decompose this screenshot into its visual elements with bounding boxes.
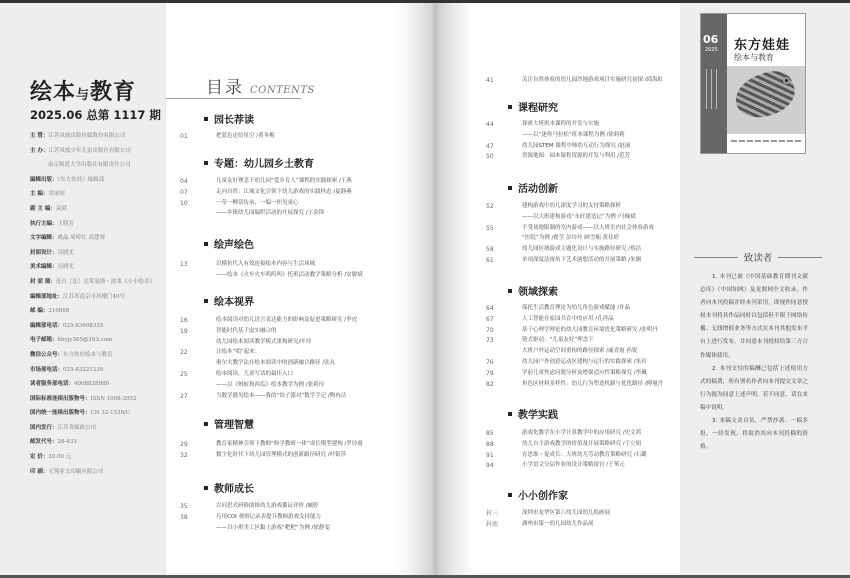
credit-row: 编辑部地址：江苏省南京市高楼门40号 bbox=[30, 290, 165, 305]
credit-row: 文字编辑：姚晶 周桥红 高慧琴 bbox=[30, 231, 165, 246]
credit-row: 封 面 图：选自［法］克莱曼斯・波莱《小小绘奇》 bbox=[30, 275, 165, 290]
page-number: 91 bbox=[486, 450, 510, 461]
bullet-square-icon bbox=[508, 105, 512, 109]
section-title: 小小创作家 bbox=[518, 487, 568, 502]
credit-label: 电子邮箱： bbox=[30, 337, 58, 343]
credit-value: 江苏省邮政公司 bbox=[58, 425, 97, 431]
credit-row: 封面设计：吴晓光 bbox=[30, 246, 165, 261]
credit-label: 印 刷： bbox=[30, 469, 48, 475]
entry-title: 学前儿童焦虑问题分析及增强适应性策略探究 /李珮 bbox=[522, 368, 647, 379]
toc-section-heading: 小小创作家 bbox=[508, 487, 568, 502]
toc-divider bbox=[166, 98, 301, 99]
page-number: 32 bbox=[180, 450, 204, 461]
bullet-square-icon bbox=[204, 486, 208, 490]
credit-value: 江苏凤凰出版传媒股份有限公司 bbox=[48, 133, 125, 139]
entry-title: 育思维・促成长：大班幼儿劳动教育策略研究 /石璐 bbox=[522, 450, 647, 461]
notice-paragraph: 1. 本刊已被《中国基础教育期刊文献总库》（中国知网）及龙源网全文收录。作者向本… bbox=[700, 271, 808, 363]
entry-title: ——以《蚂蚁和西瓜》绘本教学为例 /张莉玲 bbox=[216, 380, 324, 391]
entry-title: 以模仿代入有效连接绘本内容与生活场域 bbox=[216, 259, 315, 270]
entry-title: 以问思式研修助推幼儿游戏循证评价 /臧婷 bbox=[216, 501, 319, 512]
page-number: 76 bbox=[486, 357, 510, 368]
section-title: 教师成长 bbox=[214, 480, 254, 495]
credit-value: 东方娃娃绘本与教育 bbox=[63, 352, 113, 358]
credit-value: 江苏凤凰少年儿童出版社有限公司 bbox=[48, 148, 131, 154]
entry-title: ——绘本《火车火车呜呜叫》托班活动教学策略分析 /安敏斌 bbox=[216, 270, 363, 281]
credit-label: 邮发代号： bbox=[30, 439, 58, 445]
section-title: 园长荐读 bbox=[214, 111, 254, 126]
entry-title: 幼儿园STEM 课程中师幼互动行为探究 /赵丽 bbox=[522, 141, 630, 152]
entry-title: 角色区材料多样性：幼儿行为塑造机制与优化路径 /傅旭丹 bbox=[522, 379, 663, 390]
to-reader-notice: 1. 本刊已被《中国基础教育期刊文献总库》（中国知网）及龙源网全文收录。作者向本… bbox=[700, 271, 808, 454]
toc-left-page: 目录 CONTENTS 园长荐读01把蓝色还给星空 /黄冬梅专题：幼儿园乡土教育… bbox=[166, 3, 406, 575]
credit-value: 吴晓光 bbox=[58, 264, 75, 270]
toc-section-heading: 专题：幼儿园乡土教育 bbox=[204, 155, 314, 170]
credit-row: 定 价：20.00 元 bbox=[30, 450, 165, 465]
credit-row: 微信公众号：东方娃娃绘本与教育 bbox=[30, 348, 165, 363]
page-number: 58 bbox=[486, 244, 510, 255]
page-number: 73 bbox=[486, 335, 510, 346]
entry-title: 单项深度法视角下艺术创想活动的开展策略 /朱炯 bbox=[522, 255, 641, 266]
entry-title: 智能时代基于虚实融合的 bbox=[216, 326, 277, 337]
title-part: 教育 bbox=[90, 80, 136, 105]
entry-title: 巧用COI 观察记录表提升教师游戏支持能力 bbox=[216, 512, 321, 523]
fish-eye-icon bbox=[783, 77, 790, 84]
entry-title: ——以大班建构游戏“永旺建造记”为例 /马佩斌 bbox=[522, 212, 636, 223]
toc-right-page: 41关注自然体验的幼儿园沙地游戏项目实施研究初探 /邱海虹课程研究44探索大班班… bbox=[470, 3, 690, 575]
entry-title: 保托生活教育理论为幼儿角色游戏赋能 /许晶 bbox=[522, 303, 630, 314]
entry-title: ——以“迷你马拉松”班本课程为例 /徐莉莉 bbox=[522, 130, 625, 141]
credit-value: ISSN 1008-3952 bbox=[91, 396, 137, 402]
page-number: 13 bbox=[180, 259, 204, 270]
entry-title: 儿童友好理念下幼儿园“爱乡育人”课程的实践探索 /王燕 bbox=[216, 176, 352, 187]
credit-value: 28-433 bbox=[58, 439, 77, 445]
cover-year: 2025 bbox=[705, 47, 718, 53]
divider-line bbox=[694, 257, 738, 258]
bullet-square-icon bbox=[204, 161, 208, 165]
credit-label: 定 价： bbox=[30, 454, 48, 460]
toc-section-heading: 管理智慧 bbox=[204, 416, 254, 431]
credit-value: hbyjy365@163.com bbox=[58, 337, 113, 343]
credit-row: 国内统一连续出版物号：CN 32-1526/C bbox=[30, 406, 165, 421]
credit-label: 市场部电话： bbox=[30, 367, 63, 373]
cover-footer-text bbox=[731, 140, 801, 142]
cover-brand: 东方娃娃 bbox=[734, 34, 790, 53]
entry-title: “医院”为例 /翟莹 彭玲玲 顾雪娴 黄佳婷 bbox=[522, 233, 619, 244]
page-number: 47 bbox=[486, 141, 510, 152]
page-number: 27 bbox=[180, 391, 204, 402]
section-title: 绘声绘色 bbox=[214, 236, 254, 251]
toc-section-heading: 园长荐读 bbox=[204, 111, 254, 126]
credit-label: 国际标准连续出版物号： bbox=[30, 396, 91, 402]
credit-label: 执行主编： bbox=[30, 221, 58, 227]
page-number: 29 bbox=[180, 439, 204, 450]
credit-value: 江苏省南京市高楼门40号 bbox=[63, 294, 125, 300]
credit-row: 执行主编：王晓芳 bbox=[30, 217, 165, 232]
credit-label: 编辑出版： bbox=[30, 177, 58, 183]
credit-label: 国内发行： bbox=[30, 425, 58, 431]
page-number: 01 bbox=[180, 131, 204, 142]
entry-title: 资源地图：园本课程资源的开发与利用 /范芳 bbox=[522, 151, 630, 162]
page-number: 50 bbox=[486, 151, 510, 162]
credit-label: 编辑部电话： bbox=[30, 323, 63, 329]
credit-value: 025-83608335 bbox=[63, 323, 103, 329]
issue-number: 2025.06 总第 1117 期 bbox=[30, 107, 161, 123]
toc-section-heading: 课程研究 bbox=[508, 99, 558, 114]
page-number: 07 bbox=[180, 187, 204, 198]
credit-label: 微信公众号： bbox=[30, 352, 63, 358]
page-number: 79 bbox=[486, 368, 510, 379]
credit-label: 封面设计： bbox=[30, 250, 58, 256]
credit-label: 读者服务部电话： bbox=[30, 381, 74, 387]
page-number: 61 bbox=[486, 255, 510, 266]
credit-value: 《东方娃娃》编辑部 bbox=[58, 177, 105, 183]
credit-row: 美术编辑：吴晓光 bbox=[30, 260, 165, 275]
entry-title: 把蓝色还给星空 /黄冬梅 bbox=[216, 131, 275, 142]
credit-row: 副 主 编：袁斌 bbox=[30, 202, 165, 217]
cover-thumbnail[interactable]: 06 2025 东方娃娃 绘本与教育 bbox=[700, 13, 806, 154]
credit-value: 无锡业文印刷有限公司 bbox=[48, 469, 103, 475]
bullet-square-icon bbox=[204, 299, 208, 303]
credit-row: 邮发代号：28-433 bbox=[30, 435, 165, 450]
credit-row: 编辑出版：《东方娃娃》编辑部 bbox=[30, 173, 165, 188]
entry-title: 不受场地限制的室内游戏——以大班室内社会体验游戏 bbox=[522, 223, 654, 234]
magazine-title: 绘本与教育 bbox=[30, 75, 136, 106]
entry-title: 人工智能在家园共育中的应用 /孔祥晶 bbox=[522, 314, 614, 325]
entry-title: 小学语文分层作业的设计策略探讨 /王華元 bbox=[522, 460, 625, 471]
bullet-square-icon bbox=[508, 289, 512, 293]
bullet-square-icon bbox=[508, 412, 512, 416]
credit-label: 主 办： bbox=[30, 148, 48, 154]
credit-value: 210008 bbox=[48, 308, 69, 314]
bullet-square-icon bbox=[204, 422, 208, 426]
credit-row: 主 编：余丽琼 bbox=[30, 187, 165, 202]
page-number: 85 bbox=[486, 428, 510, 439]
bullet-square-icon bbox=[204, 242, 208, 246]
credit-value: 袁斌 bbox=[56, 206, 67, 212]
credit-row: 印 刷：无锡业文印刷有限公司 bbox=[30, 465, 165, 480]
toc-header: 目录 CONTENTS bbox=[206, 73, 315, 98]
credit-row: 读者服务部电话：4008828980 bbox=[30, 377, 165, 392]
entry-title: 绘本阅读，儿童写话的最佳入口 bbox=[216, 369, 293, 380]
divider-line bbox=[778, 257, 822, 258]
credit-value: CN 32-1526/C bbox=[91, 410, 131, 416]
page-number: 22 bbox=[180, 347, 204, 358]
bullet-square-icon bbox=[508, 186, 512, 190]
credit-label: 国内统一连续出版物号： bbox=[30, 410, 91, 416]
page-number: 封三 bbox=[486, 508, 510, 519]
credit-value: 吴晓光 bbox=[58, 250, 75, 256]
entry-title: 幼儿园户外创意运动区建构与运行的实践探索 /朱玲 bbox=[522, 357, 647, 368]
page-number: 70 bbox=[486, 325, 510, 336]
title-connector: 与 bbox=[76, 88, 90, 103]
credit-row: 主 办：江苏凤凰少年儿童出版社有限公司 bbox=[30, 144, 165, 159]
page-number: 88 bbox=[486, 439, 510, 450]
entry-title: 幼儿自主游戏教学的价值及开展策略研究 /于立娟 bbox=[522, 439, 641, 450]
masthead-credits: 主 管：江苏凤凰出版传媒股份有限公司主 办：江苏凤凰少年儿童出版社有限公司南京师… bbox=[30, 129, 165, 479]
cover-band-lines bbox=[706, 69, 721, 109]
entry-title: 一草一柳话传承，一编一织见童心 bbox=[216, 198, 299, 209]
page-number: 封底 bbox=[486, 519, 510, 530]
section-title: 绘本视界 bbox=[214, 293, 254, 308]
bullet-square-icon bbox=[508, 493, 512, 497]
credit-label: 编辑部地址： bbox=[30, 294, 63, 300]
credit-label: 主 编： bbox=[30, 191, 48, 197]
credit-row: 国内发行：江苏省邮政公司 bbox=[30, 421, 165, 436]
entry-title: 数字化时代下幼儿园管理模式的创新路径研究 /叶银萍 bbox=[216, 450, 346, 461]
entry-title: 链式驱动：“儿童友好”理念下 bbox=[522, 335, 594, 346]
notice-paragraph: 3. 来稿文责自负，严禁抄袭、一稿多投，一经发现，将取消其向本刊投稿的资格。 bbox=[700, 415, 808, 454]
toc-section-heading: 绘本视界 bbox=[204, 293, 254, 308]
entry-title: ——以小班美工区黏土游戏“粑粑”为例 /徐静雯 bbox=[216, 523, 330, 534]
entry-title: 走向自然：江城文化引领下幼儿游戏的实践样态 /夏静燕 bbox=[216, 187, 352, 198]
credit-row: 编辑部电话：025-83608335 bbox=[30, 319, 165, 334]
page-number: 10 bbox=[180, 198, 204, 209]
credit-value: 4008828980 bbox=[74, 381, 109, 387]
page-number: 64 bbox=[486, 303, 510, 314]
entry-title: 探索大班班本课程的开发与实施 bbox=[522, 119, 599, 130]
cover-issue-number: 06 bbox=[703, 33, 718, 46]
credit-value: 20.00 元 bbox=[48, 454, 71, 460]
section-title: 课程研究 bbox=[518, 99, 558, 114]
credit-value: 余丽琼 bbox=[48, 191, 65, 197]
credit-value: 王晓芳 bbox=[58, 221, 75, 227]
credit-row: 邮 编：210008 bbox=[30, 304, 165, 319]
right-sidebar: 06 2025 东方娃娃 绘本与教育 致读者 1. 本刊已被《中国基础教育期刊文… bbox=[680, 3, 850, 575]
entry-title: 教育家精神引领下教师“修学教研一体”成长模型建构 /罗玲霞 bbox=[216, 439, 363, 450]
page-number: 38 bbox=[180, 512, 204, 523]
page-number: 55 bbox=[486, 223, 510, 234]
toc-title: 目录 bbox=[206, 73, 244, 98]
page-number: 25 bbox=[180, 369, 204, 380]
entry-title: 幼儿园绘本阅读教学模式重构研究/叶玲 bbox=[216, 337, 311, 348]
toc-title-en: CONTENTS bbox=[250, 85, 315, 96]
toc-section-heading: 教学实践 bbox=[508, 406, 558, 421]
to-reader-heading: 致读者 bbox=[694, 250, 822, 264]
entry-title: ——乡镇幼儿园编织活动的开展探究 /王金锋 bbox=[216, 208, 324, 219]
section-title: 管理智慧 bbox=[214, 416, 254, 431]
entry-title: 游戏化教学在小学计算教学中的应用研究 /史文茜 bbox=[522, 428, 641, 439]
toc-section-heading: 绘声绘色 bbox=[204, 236, 254, 251]
page-number: 67 bbox=[486, 314, 510, 325]
credit-value: 选自［法］克莱曼斯・波莱《小小绘奇》 bbox=[56, 279, 155, 285]
credit-label: 邮 编： bbox=[30, 308, 48, 314]
cover-spine-band: 06 2025 bbox=[701, 14, 727, 153]
page-number: 41 bbox=[486, 75, 510, 86]
page-number: 16 bbox=[180, 315, 204, 326]
credit-label: 美术编辑： bbox=[30, 264, 58, 270]
credit-row: 国际标准连续出版物号：ISSN 1008-3952 bbox=[30, 392, 165, 407]
credit-label: 文字编辑： bbox=[30, 235, 58, 241]
section-title: 领域探索 bbox=[518, 283, 558, 298]
entry-title: 奥尔夫教学法在绘本阅读中的创新融合路径 /张丸 bbox=[216, 358, 335, 369]
entry-title: 绘本阅读对幼儿语言表达能力的影响及促进策略研究 /李虎 bbox=[216, 315, 357, 326]
notice-paragraph: 2. 本刊支付的稿酬已包括上述使用方式的稿费，所有署名作者向本刊提交文章之行为视… bbox=[700, 363, 808, 415]
entry-title: 湖州市第一幼儿园幼儿作品展 bbox=[522, 519, 594, 530]
credit-row: 市场部电话：025-83221239 bbox=[30, 363, 165, 378]
credit-value: 姚晶 周桥红 高慧琴 bbox=[58, 235, 106, 241]
title-part: 绘本 bbox=[30, 80, 76, 105]
page-number: 82 bbox=[486, 379, 510, 390]
page-number: 35 bbox=[180, 501, 204, 512]
book-spine-shadow bbox=[395, 3, 475, 575]
section-title: 专题：幼儿园乡土教育 bbox=[214, 155, 314, 170]
credit-label: 封 面 图： bbox=[30, 279, 56, 285]
credit-label: 副 主 编： bbox=[30, 206, 56, 212]
entry-title: 大班户外运动空间重构的路径探索 /戚青霞 孙锐 bbox=[522, 346, 637, 357]
page-number: 44 bbox=[486, 119, 510, 130]
credit-value: 025-83221239 bbox=[63, 367, 103, 373]
section-title: 教学实践 bbox=[518, 406, 558, 421]
bullet-square-icon bbox=[204, 117, 208, 121]
page-number: 19 bbox=[180, 326, 204, 337]
toc-section-heading: 领域探索 bbox=[508, 283, 558, 298]
toc-section-heading: 教师成长 bbox=[204, 480, 254, 495]
entry-title: 深圳市龙华区第六幼儿园幼儿绘画展 bbox=[522, 508, 610, 519]
credit-row: 南京师范大学出版社有限责任公司 bbox=[30, 158, 165, 173]
page-number: 52 bbox=[486, 201, 510, 212]
page-number: 04 bbox=[180, 176, 204, 187]
cover-subtitle: 绘本与教育 bbox=[734, 52, 774, 63]
credit-row: 电子邮箱：hbyjy365@163.com bbox=[30, 333, 165, 348]
toc-section-heading: 活动创新 bbox=[508, 180, 558, 195]
entry-title: 当数学遇见绘本——我的“饺子派对”数学手记 /陶冉洁 bbox=[216, 391, 346, 402]
to-reader-title: 致读者 bbox=[738, 250, 779, 264]
section-title: 活动创新 bbox=[518, 180, 558, 195]
entry-title: 幼儿园区域游戏主题化设计与实施路径研究 /蔡洁 bbox=[522, 244, 641, 255]
entry-title: 关注自然体验的幼儿园沙地游戏项目实施研究初探 /邱海虹 bbox=[522, 75, 663, 86]
page-number: 94 bbox=[486, 460, 510, 471]
entry-title: 基于心理学理论的幼儿园教育环境优化策略研究 /张明丹 bbox=[522, 325, 658, 336]
credit-label: 主 管： bbox=[30, 133, 48, 139]
entry-title: 让绘本“唱”起来： bbox=[216, 347, 260, 358]
credit-value: 南京师范大学出版社有限责任公司 bbox=[48, 162, 131, 168]
masthead-panel: 绘本与教育 2025.06 总第 1117 期 主 管：江苏凤凰出版传媒股份有限… bbox=[0, 3, 166, 575]
credit-row: 主 管：江苏凤凰出版传媒股份有限公司 bbox=[30, 129, 165, 144]
entry-title: 建构游戏中幼儿深度学习的支持策略探析 bbox=[522, 201, 621, 212]
